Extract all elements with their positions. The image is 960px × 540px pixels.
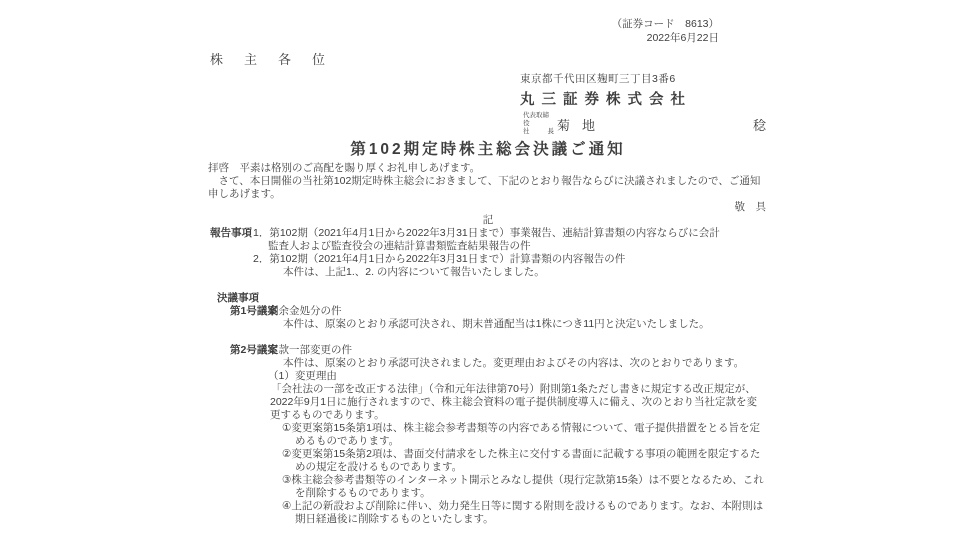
amendment-detail-2-row-2: めの規定を設けるものであります。 [208, 461, 768, 474]
resolutions-heading-row: 決議事項 [208, 292, 768, 305]
amendment-detail-3-line-1: ③株主総会参考書類等のインターネット開示とみなし提供（現行定款第15条）は不要と… [282, 474, 764, 487]
president-name-given: 稔 [753, 115, 766, 134]
president-name-family: 菊地 [557, 115, 607, 134]
document-body: 拝啓 平素は格別のご高配を賜り厚くお礼申しあげます。 さて、本日開催の当社第10… [208, 162, 768, 526]
officer-roles: 代表取締役 社 長 [523, 112, 554, 136]
amendment-reason-row-2: 2022年9月1日に施行されますので、株主総会資料の電子提供制度導入に備え、次の… [208, 396, 768, 409]
greeting-line-3: 申しあげます。 [208, 188, 768, 201]
report-item-2: 2．第102期（2021年4月1日から2022年3月31日まで）計算書類の内容報… [253, 253, 625, 266]
report-item-1-row-2: 監査人および監査役会の連結計算書類監査結果報告の件 [208, 240, 768, 253]
proposal-1-result: 本件は、原案のとおり承認可決され、期末普通配当は1株につき11円と決定いたしまし… [283, 318, 710, 331]
company-name: 丸三証券株式会社 [520, 88, 768, 109]
amendment-reason-line-2: 2022年9月1日に施行されますので、株主総会資料の電子提供制度導入に備え、次の… [270, 396, 757, 409]
proposal-1-title: 剰余金処分の件 [268, 305, 342, 318]
amendment-detail-1-row-2: めるものであります。 [208, 435, 768, 448]
notice-document: （証券コード 8613） 2022年6月22日 株主各位 東京都千代田区麹町三丁… [208, 0, 768, 540]
report-item-1-line-1: 1．第102期（2021年4月1日から2022年3月31日まで）事業報告、連結計… [253, 227, 720, 240]
amendment-reason-heading: （1）変更理由 [268, 370, 337, 383]
amendment-reason-heading-row: （1）変更理由 [208, 370, 768, 383]
sender-block: 東京都千代田区麹町三丁目3番6 丸三証券株式会社 代表取締役 社 長 菊地 稔 [520, 71, 768, 136]
proposal-2-title: 定款一部変更の件 [268, 344, 352, 357]
report-heading-row: 報告事項 1．第102期（2021年4月1日から2022年3月31日まで）事業報… [208, 227, 768, 240]
amendment-detail-4-row-1: ④上記の新設および削除に伴い、効力発生日等に関する附則を設けるものであります。な… [208, 500, 768, 513]
spacer-row [208, 331, 768, 344]
amendment-detail-4-line-1: ④上記の新設および削除に伴い、効力発生日等に関する附則を設けるものであります。な… [282, 500, 763, 513]
greeting-line-1: 拝啓 平素は格別のご高配を賜り厚くお礼申しあげます。 [208, 162, 768, 175]
amendment-reason-row-3: 更するものであります。 [208, 409, 768, 422]
resolutions-heading: 決議事項 [217, 292, 259, 305]
officer-role-line2-left: 社 [523, 128, 530, 136]
officer-role-line2-right: 長 [548, 128, 555, 136]
amendment-detail-2-line-2: めの規定を設けるものであります。 [295, 461, 462, 474]
proposal-1-result-row: 本件は、原案のとおり承認可決され、期末普通配当は1株につき11円と決定いたしまし… [208, 318, 768, 331]
report-item-1-line-2: 監査人および監査役会の連結計算書類監査結果報告の件 [268, 240, 531, 253]
amendment-detail-3-row-1: ③株主総会参考書類等のインターネット開示とみなし提供（現行定款第15条）は不要と… [208, 474, 768, 487]
stock-code: （証券コード 8613） [612, 18, 719, 32]
greeting-line-2: さて、本日開催の当社第102期定時株主総会におきまして、下記のとおり報告ならびに… [208, 175, 768, 188]
amendment-detail-3-line-2: を削除するものであります。 [295, 487, 431, 500]
amendment-reason-line-1: 「会社法の一部を改正する法律」（令和元年法律第70号）附則第1条ただし書きに規定… [271, 383, 756, 396]
record-mark: 記 [208, 214, 768, 227]
closing-word: 敬 具 [208, 201, 768, 214]
amendment-detail-2-row-1: ②変更案第15条第2項は、書面交付請求をした株主に交付する書面に記載する事項の範… [208, 448, 768, 461]
amendment-detail-4-line-2: 期日経過後に削除するものといたします。 [295, 513, 494, 526]
amendment-detail-1-line-2: めるものであります。 [295, 435, 399, 448]
amendment-detail-1-row-1: ①変更案第15条第1項は、株主総会参考書類等の内容である情報について、電子提供措… [208, 422, 768, 435]
proposal-1-title-row: 第1号議案 剰余金処分の件 [208, 305, 768, 318]
president-name: 菊地 稔 [557, 115, 768, 134]
officer-role-line1: 代表取締役 [523, 112, 554, 128]
document-page: （証券コード 8613） 2022年6月22日 株主各位 東京都千代田区麹町三丁… [0, 0, 960, 540]
spacer-row [208, 279, 768, 292]
notice-title: 第102期定時株主総会決議ご通知 [208, 137, 768, 159]
amendment-reason-line-3: 更するものであります。 [270, 409, 385, 422]
amendment-detail-3-row-2: を削除するものであります。 [208, 487, 768, 500]
report-heading: 報告事項 [210, 227, 252, 240]
report-item-2-row: 2．第102期（2021年4月1日から2022年3月31日まで）計算書類の内容報… [208, 253, 768, 266]
amendment-reason-row-1: 「会社法の一部を改正する法律」（令和元年法律第70号）附則第1条ただし書きに規定… [208, 383, 768, 396]
proposal-2-title-row: 第2号議案 定款一部変更の件 [208, 344, 768, 357]
report-note: 本件は、上記1.、2. の内容について報告いたしました。 [283, 266, 545, 279]
amendment-detail-4-row-2: 期日経過後に削除するものといたします。 [208, 513, 768, 526]
officer-row: 代表取締役 社 長 菊地 稔 [520, 112, 768, 136]
officer-role-line2: 社 長 [523, 128, 554, 136]
document-date: 2022年6月22日 [612, 32, 719, 46]
proposal-2-result: 本件は、原案のとおり承認可決されました。変更理由およびその内容は、次のとおりであ… [283, 357, 744, 370]
header-right-block: （証券コード 8613） 2022年6月22日 [612, 18, 719, 45]
report-note-row: 本件は、上記1.、2. の内容について報告いたしました。 [208, 266, 768, 279]
addressee: 株主各位 [210, 49, 346, 68]
sender-address: 東京都千代田区麹町三丁目3番6 [520, 71, 768, 86]
amendment-detail-2-line-1: ②変更案第15条第2項は、書面交付請求をした株主に交付する書面に記載する事項の範… [282, 448, 760, 461]
proposal-2-result-row: 本件は、原案のとおり承認可決されました。変更理由およびその内容は、次のとおりであ… [208, 357, 768, 370]
amendment-detail-1-line-1: ①変更案第15条第1項は、株主総会参考書類等の内容である情報について、電子提供措… [282, 422, 760, 435]
